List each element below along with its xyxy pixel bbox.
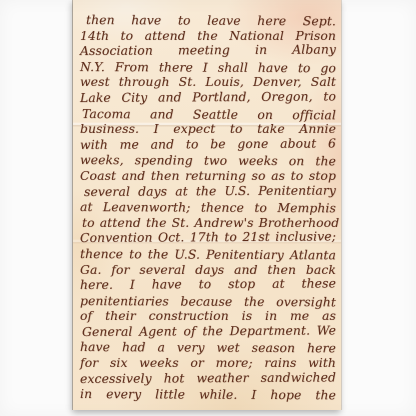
handwritten-line: several days at the U.S. Penitentiary <box>84 183 336 200</box>
handwritten-line: excessively hot weather sandwiched <box>80 370 336 387</box>
handwritten-line: at Leavenworth; thence to Memphis <box>80 200 336 217</box>
handwritten-line: Lake City and Portland, Oregon, to <box>80 89 336 106</box>
handwritten-line: thence to the U.S. Penitentiary Atlanta <box>80 247 336 264</box>
handwritten-line: N.Y. From there I shall have to go <box>80 60 336 77</box>
handwritten-line: for six weeks or more; rains with <box>80 356 336 372</box>
handwritten-line: penitentiaries because the oversight <box>80 294 336 311</box>
handwritten-line: business. I expect to take Annie <box>80 122 336 138</box>
letter-paper: then have to leave here Sept. 14th to at… <box>73 0 341 410</box>
letter-photo: then have to leave here Sept. 14th to at… <box>0 0 416 416</box>
handwritten-line: have had a very wet season here <box>80 340 336 357</box>
handwritten-line: here. I have to stop at these <box>80 277 336 294</box>
handwritten-line: Convention Oct. 17th to 21st inclusive; <box>80 230 336 247</box>
handwritten-line: then have to leave here Sept. <box>86 13 336 30</box>
handwritten-line: weeks, spending two weeks on the <box>80 153 336 170</box>
handwritten-line: Association meeting in Albany <box>80 43 336 60</box>
handwritten-line: of their construction is in me as <box>80 309 336 325</box>
handwritten-line: in every little while. I hope the <box>80 387 336 404</box>
handwritten-line: General Agent of the Department. We <box>82 323 336 340</box>
handwritten-line: Coast and then returning so as to stop <box>80 169 336 185</box>
handwritten-line: Tacoma and Seattle on official <box>82 107 336 124</box>
handwritten-line: west through St. Louis, Denver, Salt <box>80 75 336 91</box>
handwritten-line: with me and to be gone about 6 <box>80 136 336 153</box>
letter-text: then have to leave here Sept. 14th to at… <box>80 13 336 403</box>
